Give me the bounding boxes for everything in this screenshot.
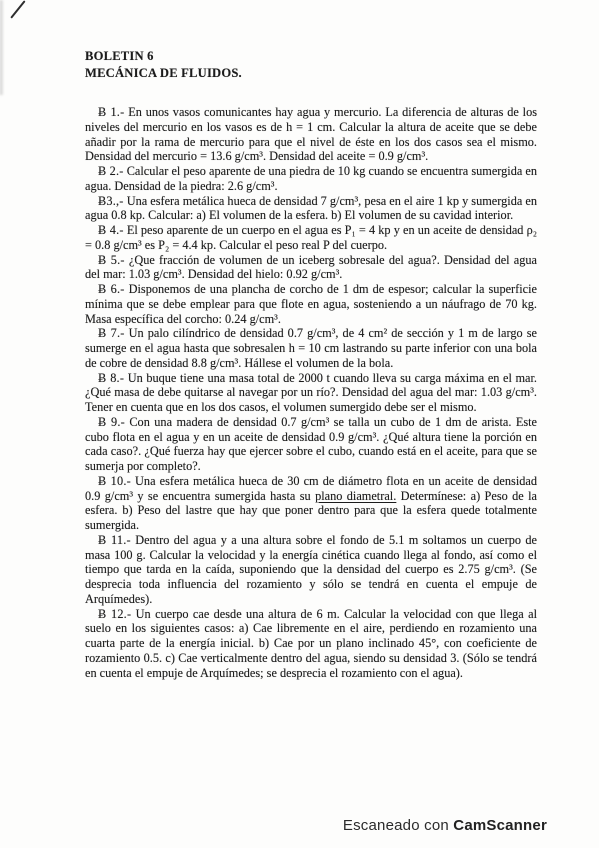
document-subtitle: MECÁNICA DE FLUIDOS.: [85, 65, 537, 82]
problem-6: Ƀ 6.- Disponemos de una plancha de corch…: [85, 282, 537, 326]
document-content: BOLETIN 6 MECÁNICA DE FLUIDOS. Ƀ 1.- En …: [85, 48, 537, 680]
camscanner-watermark: Escaneado con CamScanner: [343, 817, 547, 834]
problem-8: Ƀ 8.- Un buque tiene una masa total de 2…: [85, 371, 537, 415]
problem-12-marker: Ƀ 12.-: [98, 607, 131, 621]
problem-11-text: Dentro del agua y a una altura sobre el …: [85, 533, 537, 606]
problem-list: Ƀ 1.- En unos vasos comunicantes hay agu…: [85, 105, 537, 680]
problem-3: Ƀ3.,- Una esfera metálica hueca de densi…: [85, 194, 537, 224]
watermark-prefix: Escaneado con: [343, 817, 453, 834]
camscanner-brand: CamScanner: [453, 817, 547, 834]
problem-8-marker: Ƀ 8.-: [98, 371, 124, 385]
problem-7: Ƀ 7.- Un palo cilíndrico de densidad 0.7…: [85, 326, 537, 370]
problem-4: Ƀ 4.- El peso aparente de un cuerpo en e…: [85, 223, 537, 253]
problem-5-text: ¿Que fracción de volumen de un iceberg s…: [85, 253, 537, 282]
problem-12: Ƀ 12.- Un cuerpo cae desde una altura de…: [85, 607, 537, 681]
document-title: BOLETIN 6: [85, 48, 537, 65]
problem-11: Ƀ 11.- Dentro del agua y a una altura so…: [85, 533, 537, 607]
problem-2-text: Calcular el peso aparente de una piedra …: [85, 164, 537, 193]
problem-11-marker: Ƀ 11.-: [98, 533, 131, 547]
problem-2-marker: Ƀ 2.-: [98, 164, 124, 178]
problem-4-text: El peso aparente de un cuerpo en el agua…: [85, 223, 537, 252]
problem-1: Ƀ 1.- En unos vasos comunicantes hay agu…: [85, 105, 537, 164]
problem-7-text: Un palo cilíndrico de densidad 0.7 g/cm³…: [85, 326, 537, 370]
problem-9-marker: Ƀ 9.-: [98, 415, 125, 429]
problem-6-marker: Ƀ 6.-: [98, 282, 125, 296]
problem-3-text: Una esfera metálica hueca de densidad 7 …: [85, 194, 537, 223]
problem-3-marker: Ƀ3.,-: [98, 194, 124, 208]
problem-9: Ƀ 9.- Con una madera de densidad 0.7 g/c…: [85, 415, 537, 474]
problem-10: Ƀ 10.- Una esfera metálica hueca de 30 c…: [85, 474, 537, 533]
problem-1-marker: Ƀ 1.-: [98, 105, 124, 119]
problem-5-marker: Ƀ 5.-: [98, 253, 125, 267]
problem-10-underlined-text: plano diametral.: [315, 489, 396, 503]
problem-5: Ƀ 5.- ¿Que fracción de volumen de un ice…: [85, 253, 537, 283]
pen-stroke-mark: [10, 0, 25, 18]
scan-edge-shadow: [0, 0, 4, 95]
scanned-document-page: BOLETIN 6 MECÁNICA DE FLUIDOS. Ƀ 1.- En …: [0, 0, 599, 848]
problem-7-marker: Ƀ 7.-: [98, 326, 125, 340]
problem-9-text: Con una madera de densidad 0.7 g/cm³ se …: [85, 415, 537, 473]
problem-6-text: Disponemos de una plancha de corcho de 1…: [85, 282, 537, 326]
problem-1-text: En unos vasos comunicantes hay agua y me…: [85, 105, 537, 163]
problem-8-text: Un buque tiene una masa total de 2000 t …: [85, 371, 537, 415]
problem-4-marker: Ƀ 4.-: [98, 223, 124, 237]
problem-10-marker: Ƀ 10.-: [98, 474, 131, 488]
problem-2: Ƀ 2.- Calcular el peso aparente de una p…: [85, 164, 537, 194]
problem-12-text: Un cuerpo cae desde una altura de 6 m. C…: [85, 607, 537, 680]
